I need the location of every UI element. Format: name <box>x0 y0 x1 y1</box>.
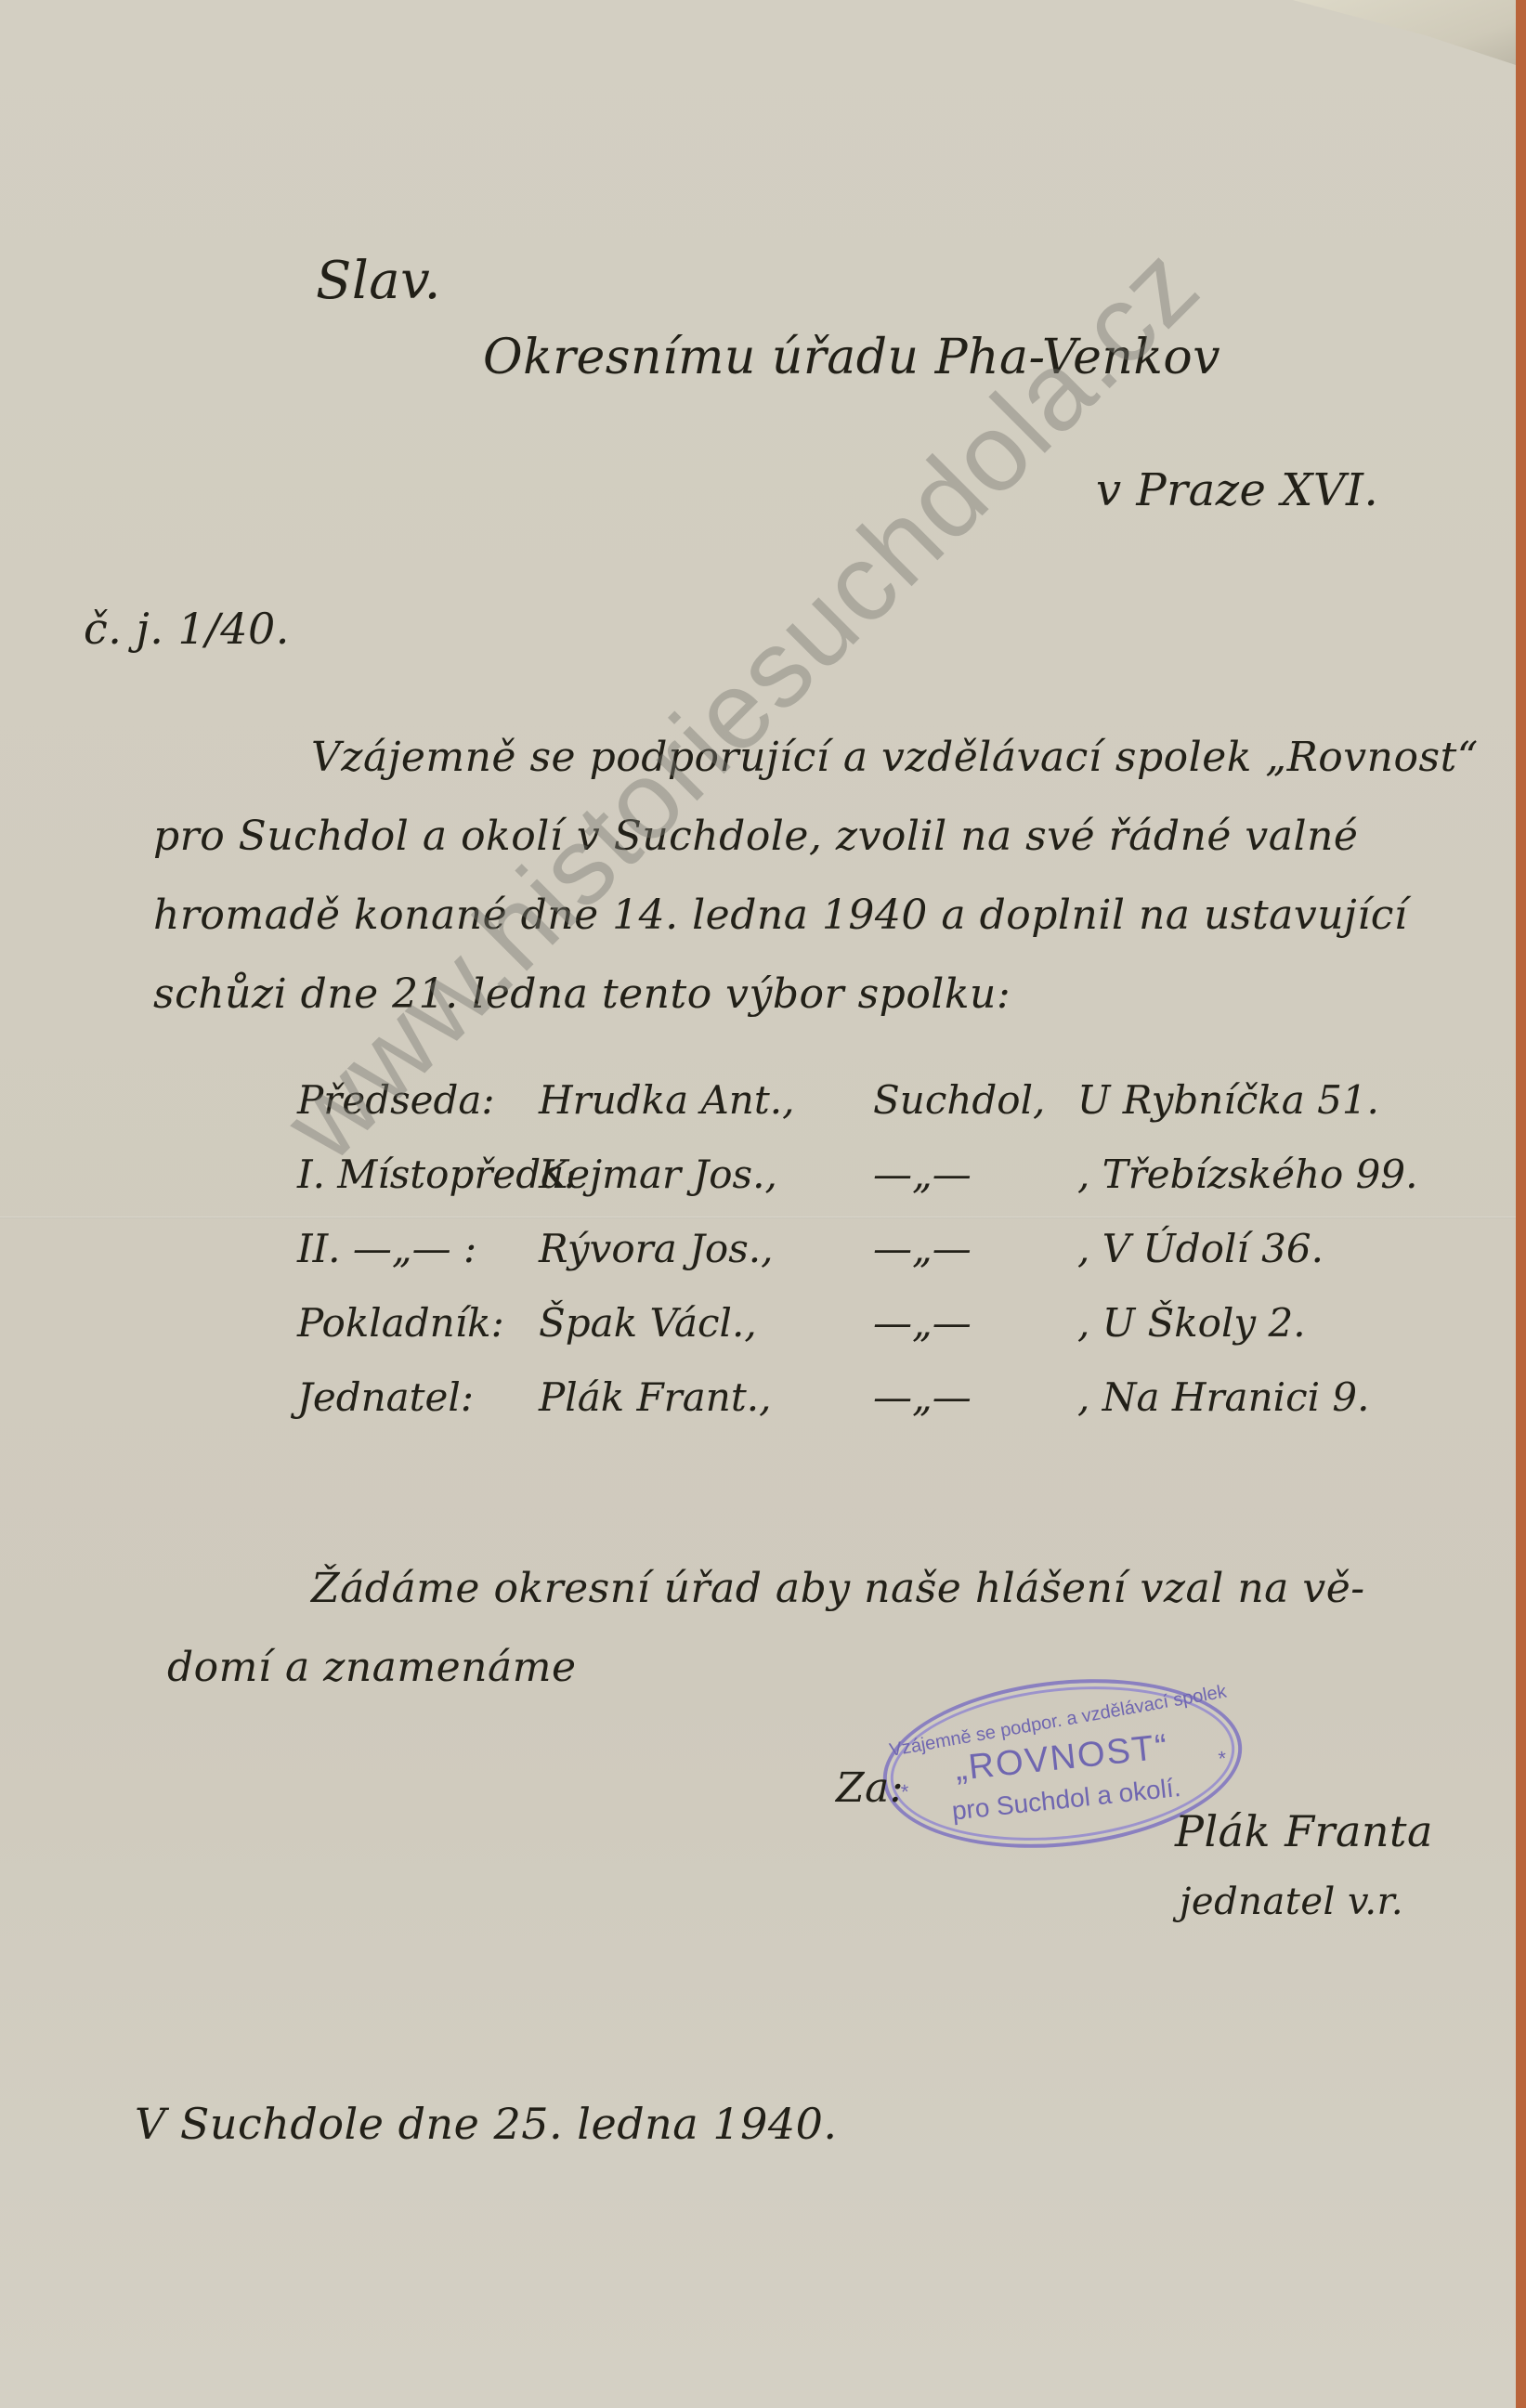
place-date: V Suchdole dne 25. ledna 1940. <box>135 2099 838 2149</box>
committee-place: Suchdol, <box>873 1077 1045 1123</box>
committee-address: , Třebízského 99. <box>1077 1152 1417 1197</box>
body-line: hromadě konané dne 14. ledna 1940 a dopl… <box>153 892 1407 939</box>
body-line: schůzi dne 21. ledna tento výbor spolku: <box>153 970 1011 1018</box>
committee-address: , U Školy 2. <box>1077 1300 1306 1346</box>
document-paper: Slav. Okresnímu úřadu Pha-Venkov v Praze… <box>0 0 1516 2408</box>
committee-name: Plák Frant., <box>539 1374 771 1420</box>
closing-line: domí a znamenáme <box>167 1644 577 1691</box>
committee-address: , V Údolí 36. <box>1077 1226 1324 1271</box>
committee-role: Jednatel: <box>297 1374 474 1420</box>
committee-name: Rývora Jos., <box>539 1226 773 1271</box>
committee-name: Kejmar Jos., <box>539 1152 777 1197</box>
committee-place: —„— <box>873 1300 972 1346</box>
committee-place: —„— <box>873 1374 972 1420</box>
committee-address: , Na Hranici 9. <box>1077 1374 1369 1420</box>
addressee-city: v Praze XVI. <box>1096 464 1378 516</box>
committee-role: II. —„— : <box>297 1226 476 1271</box>
paper-fold-line <box>0 1217 1516 1218</box>
paper-corner-curl <box>1293 0 1516 65</box>
body-line: Vzájemně se podporující a vzdělávací spo… <box>311 734 1479 781</box>
salutation: Slav. <box>316 251 441 311</box>
body-line: pro Suchdol a okolí v Suchdole, zvolil n… <box>153 813 1358 860</box>
signature-role: jednatel v.r. <box>1180 1881 1403 1923</box>
committee-place: —„— <box>873 1226 972 1271</box>
reference-number: č. j. 1/40. <box>84 604 290 654</box>
signature-name: Plák Franta <box>1175 1806 1433 1856</box>
committee-place: —„— <box>873 1152 972 1197</box>
committee-role: Pokladník: <box>297 1300 504 1346</box>
committee-name: Hrudka Ant., <box>539 1077 794 1123</box>
closing-line: Žádáme okresní úřad aby naše hlášení vza… <box>311 1565 1365 1612</box>
committee-address: U Rybníčka 51. <box>1077 1077 1379 1123</box>
committee-name: Špak Václ., <box>539 1300 757 1346</box>
signature-prefix: Za: <box>836 1764 904 1812</box>
